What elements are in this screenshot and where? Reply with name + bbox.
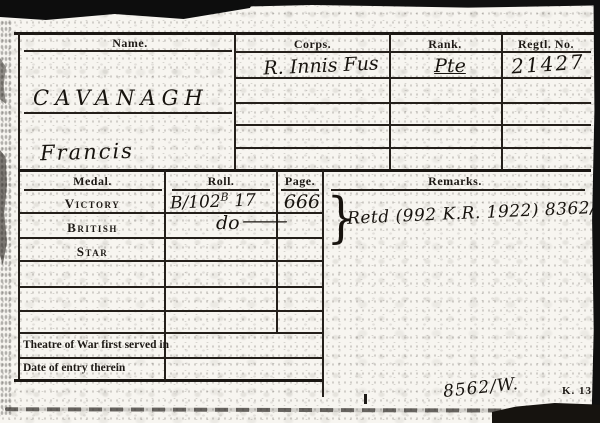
remarks-handwritten: Retd (992 K.R. 1922) 8362/W (347, 197, 600, 229)
reference-number-handwritten: 8562/W. (442, 374, 520, 402)
line-corps-rank-divider (389, 33, 391, 170)
scan-top-blob (0, 0, 255, 20)
line-card-left (18, 33, 20, 381)
line-roll-page-divider (276, 170, 278, 333)
medal-row-star-label: Star (30, 244, 155, 260)
theatre-of-war-label: Theatre of War first served in (23, 339, 169, 351)
form-number: K. 13 (562, 385, 592, 397)
page-column-header: Page. (279, 174, 321, 189)
medal-row-victory-label: Victory (30, 196, 155, 212)
british-roll-dash: — (241, 208, 289, 232)
british-roll-ditto-handwritten: do (216, 212, 240, 234)
line-rank-regtl-divider (501, 33, 503, 170)
medal-column-header: Medal. (30, 174, 155, 189)
line-card-bottom (14, 379, 323, 382)
scan-bottom-right-blob (492, 403, 600, 423)
rank-value-handwritten: Pte (420, 55, 480, 77)
line-surname-underline (24, 112, 232, 114)
line-right-row4 (236, 147, 591, 149)
line-page-remarks-divider (322, 170, 324, 397)
surname-handwritten: CAVANAGH (33, 86, 209, 110)
line-theatre-row (20, 357, 323, 359)
regtl-no-value-handwritten: 21427 (509, 49, 586, 78)
medal-index-card-scan: Name. Corps. Rank. Regtl. No. Medal. Rol… (0, 0, 600, 423)
victory-roll-main: B/102 (170, 192, 221, 214)
rank-column-header: Rank. (395, 37, 495, 52)
line-remarks-header-underline (331, 189, 585, 191)
corps-value-handwritten: R. Innis Fus (256, 52, 387, 80)
forename-handwritten: Francis (40, 139, 135, 165)
line-top-section-bottom (18, 169, 591, 172)
medal-row-british-label: British (30, 220, 155, 236)
scan-tick-mark (364, 394, 367, 404)
line-medal-header-underline (24, 189, 162, 191)
name-column-header: Name. (60, 36, 200, 51)
line-card-top (14, 32, 597, 35)
scan-right-strip (591, 0, 600, 423)
line-right-row3 (236, 124, 591, 126)
line-name-corps-divider (234, 33, 236, 170)
remarks-column-header: Remarks. (355, 174, 555, 189)
roll-column-header: Roll. (172, 174, 270, 189)
victory-roll-sup: B (220, 190, 229, 203)
date-of-entry-label: Date of entry therein (23, 362, 125, 374)
corps-column-header: Corps. (250, 37, 375, 52)
line-right-row2 (236, 102, 591, 104)
